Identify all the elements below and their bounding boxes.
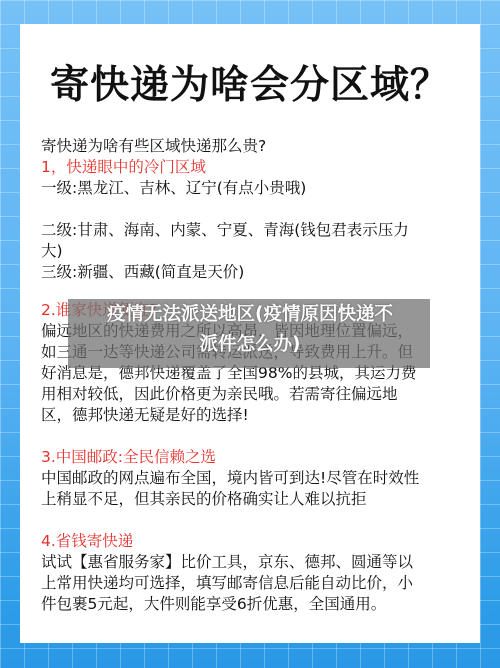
section-4-line: 试试【惠省服务家】比价工具，京东、德邦、圆通等以 <box>41 552 461 573</box>
level-3-text: 三级:新疆、西藏(简直是天价) <box>41 262 461 283</box>
section-2-line: 用相对较低，因此价格更为亲民哦。若需寄往偏远地 <box>41 384 461 405</box>
section-4-line: 上常用快递均可选择，填写邮寄信息后能自动比价，小 <box>41 573 461 594</box>
level-2-text: 二级:甘肃、海南、内蒙、宁夏、青海(钱包君表示压力 <box>41 220 461 241</box>
section-4-heading: 4.省钱寄快递 <box>41 531 461 552</box>
caption-overlay: 疫情无法派送地区(疫情原因快递不 派件怎么办) <box>60 300 440 360</box>
section-3-line: 上稍显不足，但其亲民的价格确实让人难以抗拒 <box>41 489 461 510</box>
section-3-heading: 3.中国邮政:全民信赖之选 <box>41 447 461 468</box>
caption-line-2: 派件怎么办) <box>60 330 440 360</box>
level-1-text: 一级:黑龙江、吉林、辽宁(有点小贵哦) <box>41 178 461 199</box>
section-3-line: 中国邮政的网点遍布全国，境内皆可到达!尽管在时效性 <box>41 468 461 489</box>
caption-line-1: 疫情无法派送地区(疫情原因快递不 <box>60 300 440 330</box>
page-title: 寄快递为啥会分区域？ <box>20 54 480 110</box>
section-4-line: 件包裹5元起，大件则能享受6折优惠，全国通用。 <box>41 594 461 615</box>
section-2-line: 区，德邦快递无疑是好的选择! <box>41 405 461 426</box>
level-2-text-cont: 大) <box>41 241 461 262</box>
section-1-heading: 1，快递眼中的冷门区域 <box>41 157 461 178</box>
intro-question: 寄快递为啥有些区域快递那么贵? <box>41 136 461 157</box>
article-body: 寄快递为啥有些区域快递那么贵? 1，快递眼中的冷门区域 一级:黑龙江、吉林、辽宁… <box>41 136 461 615</box>
